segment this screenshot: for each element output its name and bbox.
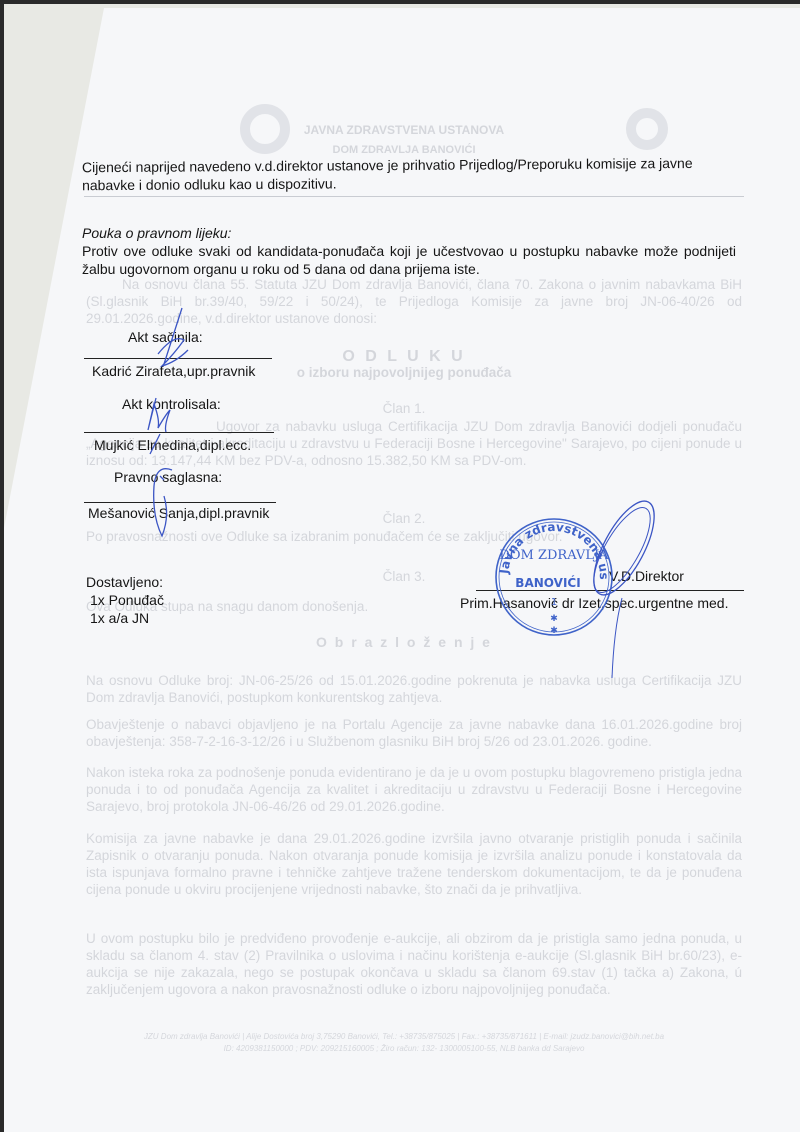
bleed-rationale-1: Na osnovu Odluke broj: JN-06-25/26 od 15… (86, 672, 742, 706)
bleed-title: O D L U K U (284, 348, 524, 365)
bleed-article1-heading: Član 1. (364, 400, 444, 417)
delivered-recipient-2: 1x a/a JN (90, 609, 149, 627)
signatory-2-line (84, 432, 274, 433)
bleed-rationale-3: Nakon isteka roka za podnošenje ponuda e… (86, 764, 742, 815)
closing-paragraph: Cijeneći naprijed navedeno v.d.direktor … (82, 154, 722, 194)
bleed-header-line1: JAVNA ZDRAVSTVENA USTANOVA (264, 122, 544, 139)
director-title: V.D.Direktor (609, 567, 684, 585)
bleed-footer-line1: JZU Dom zdravlja Banovići | Alije Dostov… (84, 1032, 724, 1042)
signatory-3-line (84, 502, 276, 503)
signatory-3-name: Mešanović Sanja,dipl.pravnik (88, 504, 269, 522)
delivered-recipient-1: 1x Ponuđač (90, 591, 164, 609)
official-stamp-icon: Javna zdravstvena ustanova DOM ZDRAVLJA … (490, 513, 618, 641)
bleed-rationale-2: Obavještenje o nabavci objavljeno je na … (86, 716, 742, 750)
svg-text:✱: ✱ (550, 613, 558, 623)
stamp-city: BANOVIĆI (515, 575, 580, 590)
bleed-logo-right-icon (626, 108, 668, 150)
legal-remedy-heading: Pouka o pravnom lijeku: (82, 224, 382, 242)
document-page: JAVNA ZDRAVSTVENA USTANOVA DOM ZDRAVLJA … (4, 8, 800, 1132)
bleed-rationale-5: U ovom postupku bilo je predviđeno provo… (86, 930, 742, 998)
signatory-2-role: Akt kontrolisala: (122, 395, 221, 413)
signatory-2-name: Mujkić Elmedina,dipl.ecc. (94, 436, 251, 454)
bleed-article3-heading: Član 3. (364, 568, 444, 585)
signatory-1-role: Akt sačinila: (128, 328, 203, 346)
signatory-3-role: Pravno saglasna: (114, 468, 222, 486)
svg-text:Javna zdravstvena ustanova: Javna zdravstvena ustanova (490, 513, 611, 580)
stamp-inner-text: DOM ZDRAVLJA (499, 548, 609, 563)
bleed-header-rule (84, 196, 744, 197)
bleed-subtitle: o izboru najpovoljnijeg ponuđača (254, 364, 554, 381)
signatory-1-line (84, 358, 272, 359)
bleed-footer-line2: ID: 4209381150000 ; PDV: 209215160005 ; … (84, 1044, 724, 1054)
delivered-heading: Dostavljeno: (86, 573, 163, 591)
bleed-intro: Na osnovu člana 55. Statuta JZU Dom zdra… (86, 276, 742, 327)
bleed-article2-heading: Član 2. (364, 510, 444, 527)
stamp-number: 1 (551, 597, 557, 608)
bleed-article2-text: Po pravosnažnosti ove Odluke sa izabrani… (86, 528, 742, 545)
legal-remedy-text: Protiv ove odluke svaki od kandidata-pon… (82, 242, 736, 278)
bleed-rationale-4: Komisija za javne nabavke je dana 29.01.… (86, 830, 742, 898)
signatory-1-name: Kadrić Zirafeta,upr.pravnik (92, 362, 255, 380)
stamp-outer-text: Javna zdravstvena ustanova (490, 513, 611, 580)
bleed-rationale-heading: O b r a z l o ž e n j e (284, 634, 524, 651)
svg-text:✱: ✱ (550, 625, 558, 635)
